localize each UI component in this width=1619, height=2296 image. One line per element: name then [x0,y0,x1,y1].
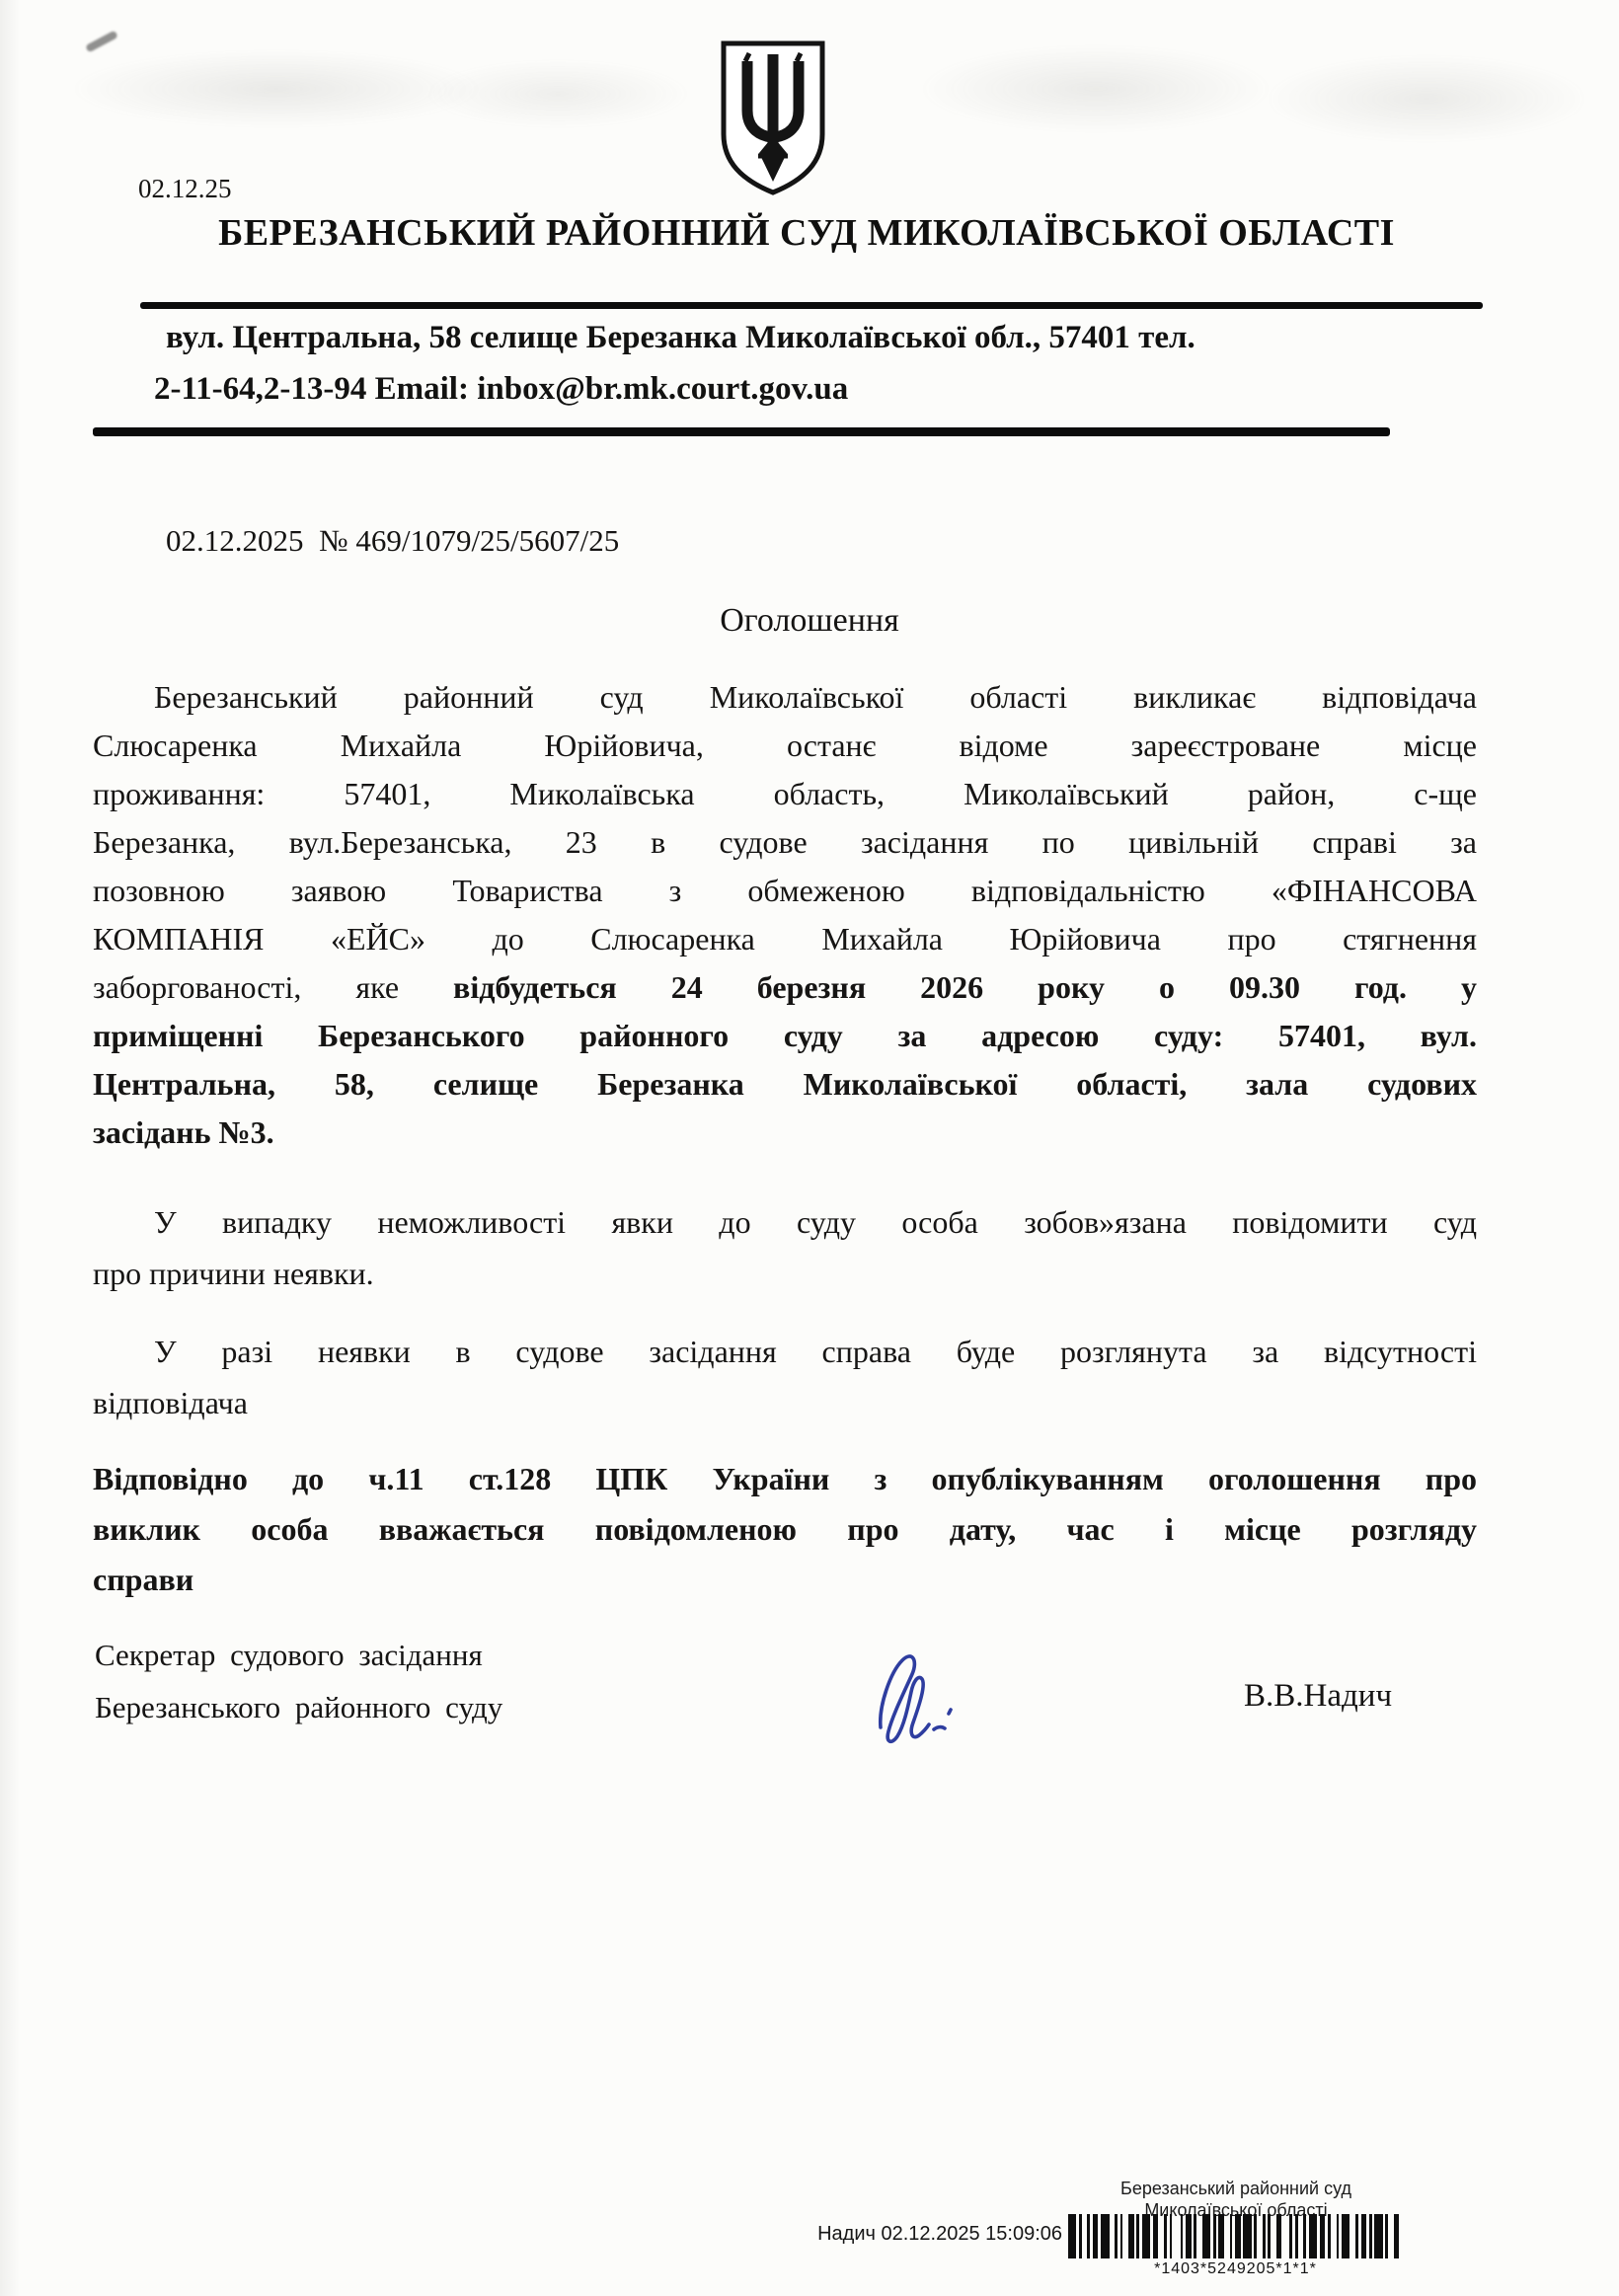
paragraph-line: У разі неявки в судове засідання справа … [93,1326,1477,1377]
paragraph-line: позовною заявою Товариства з обмеженою в… [93,867,1477,915]
scan-noise [918,44,1273,133]
paragraph-summons: Березанський районний суд Миколаївської … [93,673,1477,1157]
paragraph-line: Березанський районний суд Миколаївської … [93,673,1477,722]
barcode-gap [1172,2214,1180,2258]
barcode-bar [1101,2214,1109,2258]
barcode-bar [1142,2214,1150,2258]
scan-noise [424,59,691,128]
signer-name: В.В.Надич [1244,1678,1392,1715]
barcode-bar [1068,2214,1076,2258]
paragraph-line: заборгованості, яке відбудеться 24 берез… [93,963,1477,1012]
scan-noise [1264,54,1589,143]
stamp-signed-info: Надич 02.12.2025 15:09:06 [815,2223,1062,2246]
paragraph-line: Березанка, вул.Березанська, 23 в судове … [93,818,1477,867]
paragraph-line: Центральна, 58, селище Березанка Миколаї… [93,1060,1477,1109]
scan-date: 02.12.25 [138,174,232,204]
ukraine-trident-emblem-icon [713,38,833,199]
barcode-bar [1342,2214,1349,2258]
court-title: БЕРЕЗАНСЬКИЙ РАЙОННИЙ СУД МИКОЛАЇВСЬКОЇ … [197,211,1416,255]
header-address-line-1: вул. Центральна, 58 селище Березанка Мик… [166,320,1195,356]
signature-role: Секретар судового засідання Березанськог… [95,1629,502,1733]
reference-number-line: 02.12.2025 № 469/1079/25/5607/25 [166,523,619,559]
scanned-court-document: 02.12.25 БЕРЕЗАНСЬКИЙ РАЙОННИЙ СУД МИКОЛ… [0,0,1619,2296]
signature-role-line-2: Березанського районного суду [95,1681,502,1733]
handwritten-signature-icon [867,1641,956,1749]
barcode-bar [1202,2214,1210,2258]
paragraph-line: проживання: 57401, Миколаївська область,… [93,770,1477,818]
paragraph-line: Слюсаренка Михайла Юрійовича, останє від… [93,722,1477,770]
scan-noise [69,49,484,128]
paragraph-line: засідань №3. [93,1109,1477,1157]
paragraph-legal-basis: Відповідно до ч.11 ст.128 ЦПК України з … [93,1454,1477,1605]
paragraph-absence-notice: У випадку неможливості явки до суду особ… [93,1196,1477,1299]
barcode-gap [1399,2214,1402,2258]
barcode-bar [1309,2214,1317,2258]
paragraph-line: Відповідно до ч.11 ст.128 ЦПК України з … [93,1454,1477,1504]
paragraph-line: приміщенні Березанського районного суду … [93,1012,1477,1060]
document-heading: Оголошення [138,602,1481,640]
paragraph-line: У випадку неможливості явки до суду особ… [93,1196,1477,1248]
header-rule-bottom [93,427,1390,436]
barcode-bar [1374,2214,1382,2258]
paragraph-line: КОМПАНІЯ «ЕЙС» до Слюсаренка Михайла Юрі… [93,915,1477,963]
scan-speck [85,30,118,52]
scan-edge-shadow [0,0,20,2296]
stamp-court-line-1: Березанський районний суд [1068,2178,1404,2199]
barcode-bar [1243,2214,1251,2258]
barcode-gap [1281,2214,1289,2258]
header-rule-top [140,302,1483,309]
paragraph-in-absentia: У разі неявки в судове засідання справа … [93,1326,1477,1428]
paragraph-line: про причини неявки. [93,1248,1477,1299]
code39-barcode-icon [1068,2214,1403,2258]
signature-role-line-1: Секретар судового засідання [95,1629,502,1681]
paragraph-line: справи [93,1555,1477,1605]
paragraph-line: відповідача [93,1377,1477,1428]
barcode-text: *1403*5249205*1*1* [1068,2260,1403,2278]
paragraph-line: виклик особа вважається повідомленою про… [93,1504,1477,1555]
header-address-line-2: 2-11-64,2-13-94 Email: inbox@br.mk.court… [154,371,848,408]
